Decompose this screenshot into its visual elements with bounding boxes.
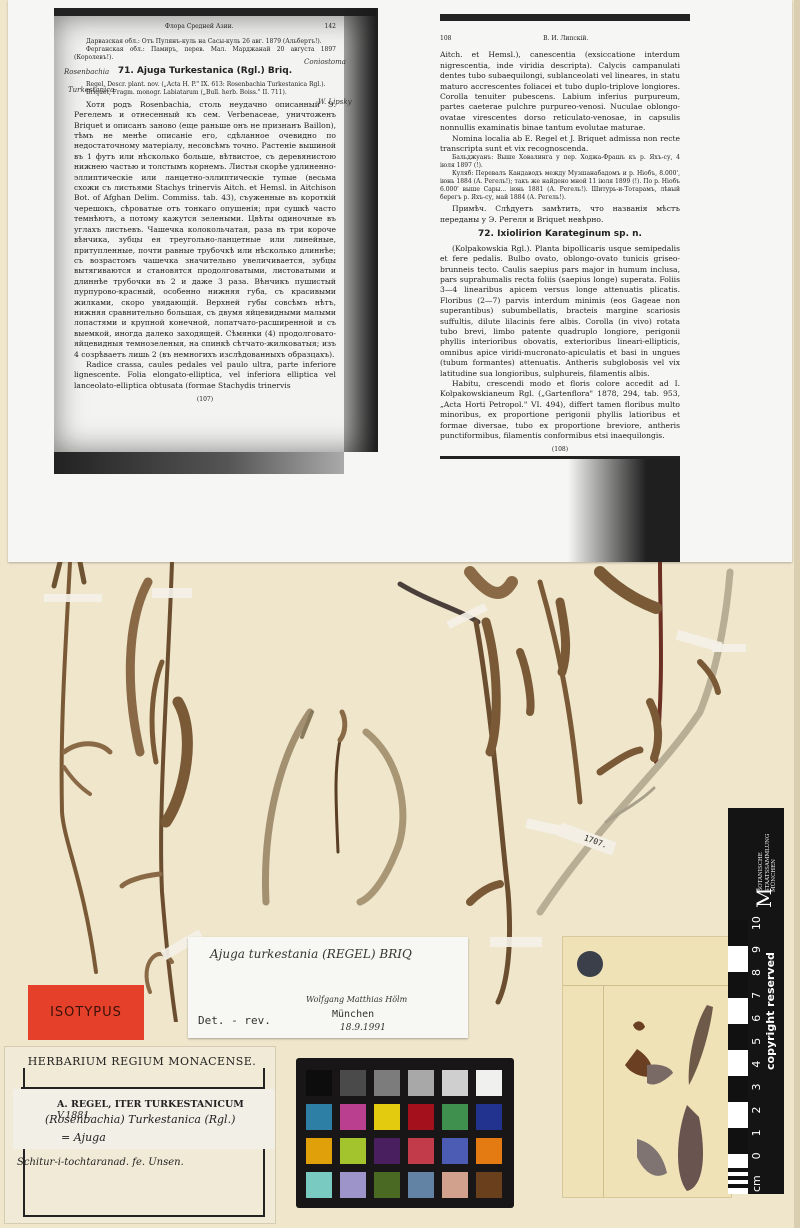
russian-description: Хотя родъ Rosenbachia, столь неудачно оп… bbox=[74, 100, 336, 360]
determiner-name: Wolfgang Matthias Hölm bbox=[306, 995, 407, 1004]
color-swatch bbox=[374, 1138, 400, 1164]
mounting-tape bbox=[152, 588, 192, 598]
color-swatch bbox=[340, 1138, 366, 1164]
determination-date: 18.9.1991 bbox=[340, 1023, 386, 1033]
right-page-text: 108 В. И. Липскій. Aitch. et Hemsl.), ca… bbox=[440, 34, 680, 456]
institution-name: BOTANISCHE STAATSSAMMLUNG MÜNCHEN bbox=[758, 834, 778, 892]
scale-bar: cm 0 1 2 3 4 5 6 7 8 9 10 copyright rese… bbox=[728, 808, 784, 1194]
copyright-notice: copyright reserved bbox=[764, 952, 777, 1070]
species-heading-71: 71. Ajuga Turkestanica (Rgl.) Briq. bbox=[74, 66, 336, 76]
leaf-fragments bbox=[563, 937, 733, 1199]
right-page-top-shadow bbox=[440, 14, 690, 21]
scale-numbers: cm 0 1 2 3 4 5 6 7 8 9 10 bbox=[750, 916, 763, 1192]
right-page-bottom-shadow bbox=[568, 459, 680, 562]
color-swatch bbox=[442, 1138, 468, 1164]
color-swatch bbox=[476, 1104, 502, 1130]
left-page-text: Флора Средней Азии. 142 Дарвазская обл.:… bbox=[74, 22, 336, 406]
mounting-tape bbox=[490, 937, 542, 947]
right-running-head: 108 В. И. Липскій. bbox=[440, 34, 680, 44]
handwritten-note: W. Lipsky bbox=[318, 98, 352, 106]
color-swatch bbox=[442, 1104, 468, 1130]
determined-taxon: Ajuga turkestania (REGEL) BRIQ bbox=[210, 947, 412, 961]
color-swatch bbox=[408, 1104, 434, 1130]
color-swatch bbox=[340, 1070, 366, 1096]
color-swatch bbox=[340, 1172, 366, 1198]
species-heading-72: 72. Ixiolirion Karateginum sp. n. bbox=[440, 229, 680, 239]
color-swatch bbox=[408, 1070, 434, 1096]
handwritten-basionym: (Rosenbachia) Turkestanica (Rgl.) bbox=[45, 1113, 235, 1126]
color-swatch bbox=[374, 1070, 400, 1096]
scale-ticks bbox=[728, 920, 748, 1194]
handwritten-locality: Schitur-i-tochtaranad. fe. Unsen. bbox=[17, 1157, 184, 1168]
color-swatch bbox=[442, 1070, 468, 1096]
color-swatch bbox=[476, 1138, 502, 1164]
color-swatch bbox=[374, 1172, 400, 1198]
color-swatch bbox=[306, 1172, 332, 1198]
herbarium-label: HERBARIUM REGIUM MONACENSE. A. REGEL, IT… bbox=[4, 1046, 276, 1224]
color-swatch bbox=[408, 1172, 434, 1198]
herbarium-sheet: Флора Средней Азии. 142 Дарвазская обл.:… bbox=[0, 0, 800, 1228]
left-running-head: Флора Средней Азии. 142 bbox=[74, 22, 336, 32]
protologue-photocopy: Флора Средней Азии. 142 Дарвазская обл.:… bbox=[8, 0, 792, 562]
color-swatch bbox=[306, 1138, 332, 1164]
color-swatch bbox=[442, 1172, 468, 1198]
determination-city: München bbox=[332, 1009, 374, 1020]
handwritten-note: Turkestanica bbox=[68, 86, 114, 94]
color-swatch bbox=[476, 1172, 502, 1198]
color-swatch bbox=[374, 1104, 400, 1130]
handwritten-note: Coniostoma bbox=[304, 58, 346, 66]
color-swatch bbox=[340, 1104, 366, 1130]
handwritten-note: Rosenbachia bbox=[64, 68, 109, 76]
herbarium-title: HERBARIUM REGIUM MONACENSE. bbox=[15, 1055, 269, 1068]
left-page-bottom-shadow bbox=[54, 452, 344, 474]
handwritten-genus: = Ajuga bbox=[61, 1131, 106, 1144]
mounting-tape bbox=[712, 644, 746, 652]
isotypus-label: ISOTYPUS bbox=[28, 985, 144, 1040]
det-rev-text: Det. - rev. bbox=[198, 1014, 271, 1027]
mounting-tape bbox=[44, 594, 102, 602]
fragment-envelope bbox=[562, 936, 732, 1198]
color-swatch bbox=[306, 1104, 332, 1130]
color-swatch bbox=[408, 1138, 434, 1164]
latin-description: Radice crassa, caules pedales vel paulo … bbox=[74, 360, 336, 391]
determination-label: Ajuga turkestania (REGEL) BRIQ Wolfgang … bbox=[188, 937, 468, 1038]
left-page-gutter-shadow bbox=[344, 8, 378, 452]
color-swatch bbox=[306, 1070, 332, 1096]
color-swatch bbox=[476, 1070, 502, 1096]
color-calibration-chart bbox=[296, 1058, 514, 1208]
